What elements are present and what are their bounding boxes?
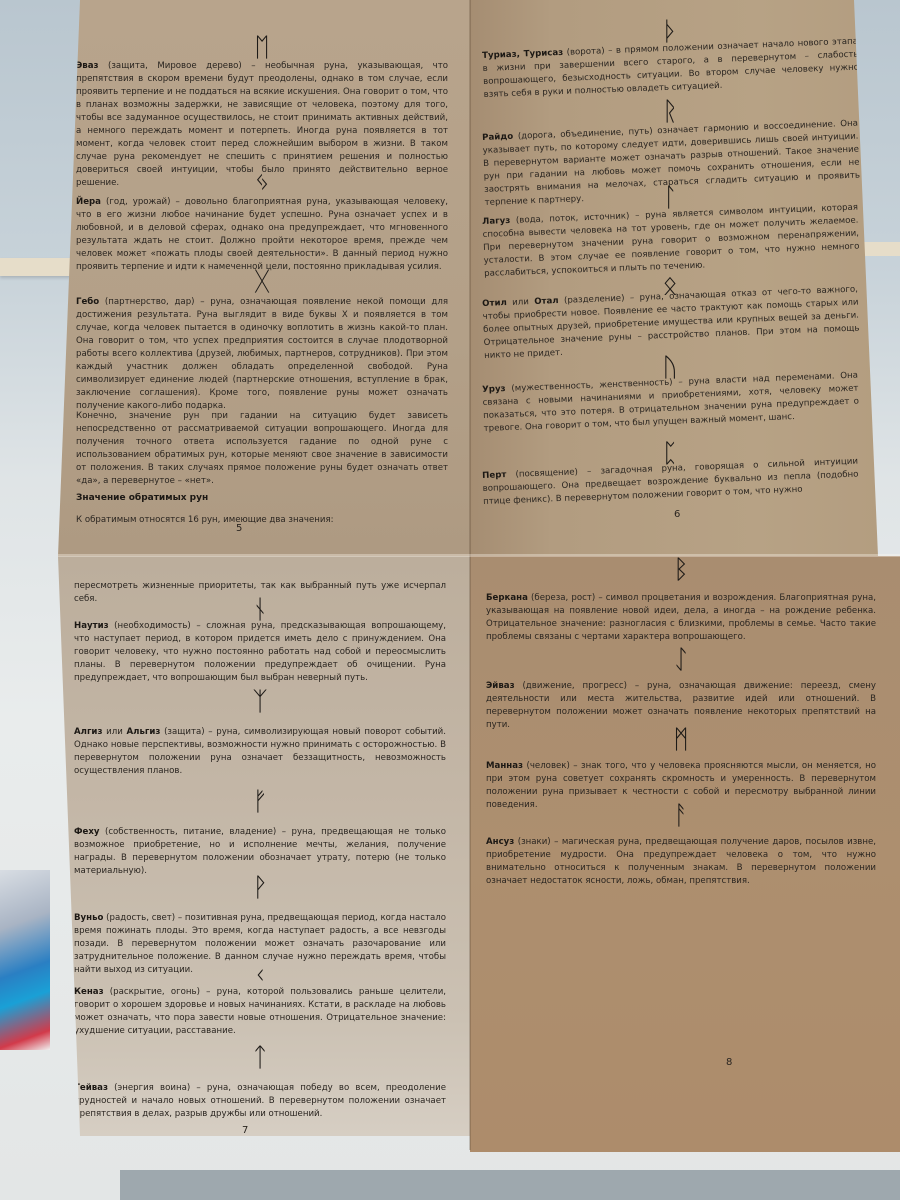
rune-glyph-icon: ᛏ: [240, 1044, 280, 1072]
rune-keywords: (радость, свет): [103, 913, 175, 923]
rune-name: Уруз: [482, 384, 506, 395]
rune-description: – в прямом положении означает начало нов…: [483, 37, 860, 100]
rune-name: Эйваз: [486, 681, 515, 691]
horizontal-fold-line: [58, 554, 900, 557]
rune-keywords: (посвящение): [506, 467, 578, 480]
rune-keywords: (раскрытие, огонь): [104, 987, 200, 997]
rune-name: Вуньо: [74, 913, 103, 923]
rune-name: Йера: [76, 197, 101, 207]
conjunction: или: [102, 727, 126, 737]
rune-name: Лагуз: [482, 216, 510, 227]
rune-entry: Лагуз (вода, поток, источник) – руна явл…: [482, 202, 860, 281]
table-surface: [120, 1170, 900, 1200]
rune-name: Эваз: [76, 61, 99, 71]
rune-entry: Алгиз или Альгиз (защита) – руна, символ…: [74, 726, 446, 778]
page-7: пересмотреть жизненные приоритеты, так к…: [58, 556, 470, 1136]
rune-name: Туриаз, Турисаз: [482, 48, 563, 61]
rune-keywords: (береза, рост): [528, 593, 595, 603]
rune-name: Беркана: [486, 593, 528, 603]
page-6: ᚦТуриаз, Турисаз (ворота) – в прямом пол…: [470, 0, 880, 556]
background-poster: [0, 870, 50, 1050]
rune-keywords: (партнерство, дар): [99, 297, 194, 307]
vertical-fold-line: [469, 0, 471, 1150]
rune-name: Гебо: [76, 297, 99, 307]
rune-keywords: (ворота): [563, 46, 605, 58]
rune-entry: Ансуз (знаки) – магическая руна, предвещ…: [486, 836, 876, 888]
rune-glyph-icon: ᛖ: [242, 34, 282, 62]
rune-entry: Отил или Отал (разделение) – руна, означ…: [482, 284, 860, 363]
rune-keywords: (вода, поток, источник): [510, 211, 630, 226]
rune-glyph-icon: ᚹ: [240, 874, 280, 902]
rune-name: Перт: [482, 470, 507, 481]
rune-description: – руна, означающая появление некой помощ…: [76, 297, 448, 411]
page-5: ᛖЭваз (защита, Мировое дерево) – необычн…: [58, 0, 470, 556]
rune-entry: Беркана (береза, рост) – символ процвета…: [486, 592, 876, 644]
rune-glyph-icon: ᛒ: [661, 556, 701, 584]
rune-name: Кеназ: [74, 987, 104, 997]
rune-name: Ансуз: [486, 837, 514, 847]
page-number: 7: [242, 1124, 248, 1137]
rune-glyph-icon: ᛃ: [242, 168, 282, 196]
rune-entry: Туриаз, Турисаз (ворота) – в прямом поло…: [482, 36, 860, 102]
rune-entry: Перт (посвящение) – загадочная руна, гов…: [482, 456, 859, 509]
rune-name: Тейваз: [74, 1083, 108, 1093]
rune-entry: Феху (собственность, питание, владение) …: [74, 826, 446, 878]
rune-glyph-icon: ᛇ: [661, 646, 701, 674]
rune-keywords: (человек): [523, 761, 570, 771]
body-paragraph: К обратимым относятся 16 рун, имеющие дв…: [76, 514, 448, 527]
rune-keywords: (собственность, питание, владение): [100, 827, 277, 837]
rune-glyph-icon: ᚨ: [661, 802, 701, 830]
rune-keywords: (защита): [160, 727, 204, 737]
rune-entry: Йера (год, урожай) – довольно благоприят…: [76, 196, 448, 274]
rune-alt-name: Альгиз: [127, 727, 161, 737]
rune-description: – довольно благоприятная руна, указывающ…: [76, 197, 448, 272]
rune-name: Райдо: [482, 132, 513, 143]
rune-glyph-icon: ᚠ: [240, 788, 280, 816]
rune-keywords: (необходимость): [109, 621, 191, 631]
rune-glyph-icon: ᚱ: [650, 98, 690, 126]
rune-entry: Кеназ (раскрытие, огонь) – руна, которой…: [74, 986, 446, 1038]
rune-keywords: (защита, Мировое дерево): [99, 61, 242, 71]
page-8: ᛒБеркана (береза, рост) – символ процвет…: [470, 556, 900, 1152]
folded-booklet-sheet: ᛖЭваз (защита, Мировое дерево) – необычн…: [58, 0, 900, 1170]
rune-keywords: (энергия воина): [108, 1083, 190, 1093]
rune-keywords: (знаки): [514, 837, 550, 847]
rune-keywords: (разделение): [558, 294, 624, 307]
rune-keywords: (движение, прогресс): [515, 681, 627, 691]
rune-entry: Наутиз (необходимость) – сложная руна, п…: [74, 620, 446, 685]
rune-name: Алгиз: [74, 727, 102, 737]
section-heading: Значение обратимых рун: [76, 492, 208, 505]
rune-glyph-icon: ᛗ: [661, 726, 701, 754]
rune-name: Феху: [74, 827, 100, 837]
rune-entry: Гебо (партнерство, дар) – руна, означающ…: [76, 296, 448, 413]
rune-glyph-icon: ᛉ: [240, 688, 280, 716]
page-number: 5: [236, 522, 242, 535]
rune-keywords: (год, урожай): [101, 197, 171, 207]
rune-name: Наутиз: [74, 621, 109, 631]
rune-name: Манназ: [486, 761, 523, 771]
rune-alt-name: Отал: [534, 296, 559, 307]
rune-description: – загадочная руна, говорящая о сильной и…: [483, 457, 859, 507]
body-paragraph: Конечно, значение рун при гадании на сит…: [76, 410, 448, 488]
rune-entry: Тейваз (энергия воина) – руна, означающа…: [74, 1082, 446, 1121]
conjunction: или: [507, 297, 535, 308]
page-number: 8: [726, 1056, 732, 1069]
page-number: 6: [674, 508, 680, 521]
rune-entry: Уруз (мужественность, женственность) – р…: [482, 370, 860, 436]
rune-name: Отил: [482, 298, 507, 309]
rune-glyph-icon: ᚷ: [242, 268, 282, 296]
